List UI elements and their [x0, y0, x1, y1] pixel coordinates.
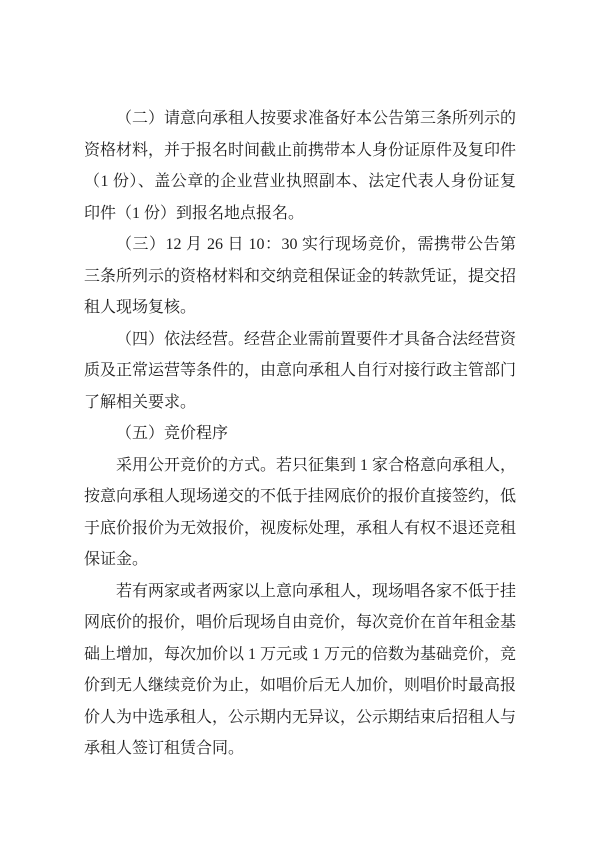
paragraph-bidding-single-bidder: 采用公开竞价的方式。若只征集到 1 家合格意向承租人，按意向承租人现场递交的不低…	[84, 450, 516, 576]
paragraph-item-two-registration: （二）请意向承租人按要求准备好本公告第三条所列示的资格材料，并于报名时间截止前携…	[84, 103, 516, 229]
paragraph-item-five-heading: （五）竞价程序	[84, 418, 516, 450]
document-page: （二）请意向承租人按要求准备好本公告第三条所列示的资格材料，并于报名时间截止前携…	[0, 0, 600, 848]
paragraph-bidding-multiple-bidders: 若有两家或者两家以上意向承租人，现场唱各家不低于挂网底价的报价，唱价后现场自由竞…	[84, 576, 516, 765]
document-body: （二）请意向承租人按要求准备好本公告第三条所列示的资格材料，并于报名时间截止前携…	[84, 103, 516, 765]
paragraph-item-three-onsite-bidding: （三）12 月 26 日 10：30 实行现场竞价，需携带公告第三条所列示的资格…	[84, 229, 516, 324]
paragraph-item-four-lawful-operation: （四）依法经营。经营企业需前置要件才具备合法经营资质及正常运营等条件的，由意向承…	[84, 324, 516, 419]
